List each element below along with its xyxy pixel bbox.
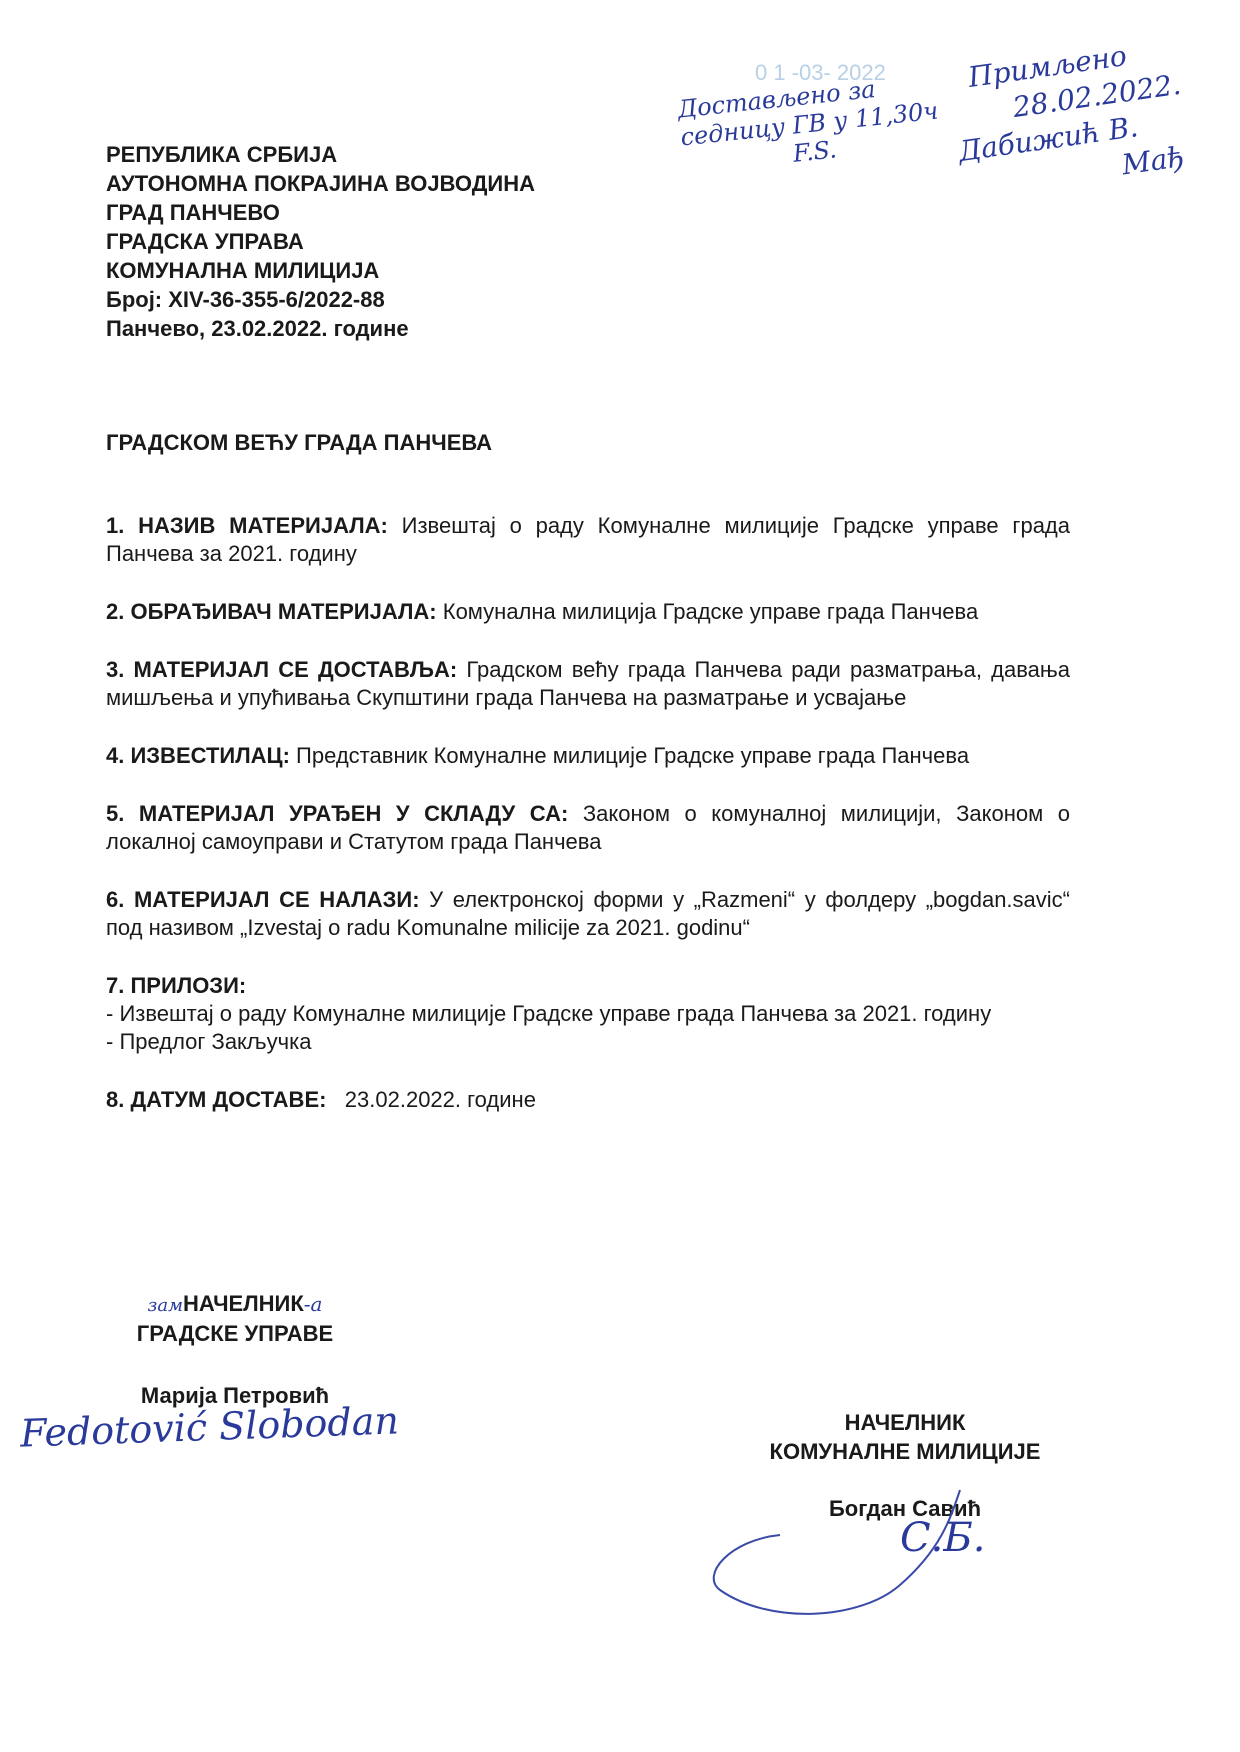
item-legal-basis: 5. МАТЕРИЈАЛ УРАЂЕН У СКЛАДУ СА: Законом… [106,800,1070,856]
header-line-city: ГРАД ПАНЧЕВО [106,198,535,227]
handwritten-note-left: Достављено за седницу ГВ у 11,30ч F.S. [676,69,942,180]
handwritten-signature-left: Fedotović Slobodan [19,1398,399,1455]
header-line-administration: ГРАДСКА УПРАВА [106,227,535,256]
header-line-date: Панчево, 23.02.2022. године [106,314,535,343]
addressee: ГРАДСКОМ ВЕЋУ ГРАДА ПАНЧЕВА [106,430,492,456]
item-reporter: 4. ИЗВЕСТИЛАЦ: Представник Комуналне мил… [106,742,1070,770]
item-location: 6. МАТЕРИЈАЛ СЕ НАЛАЗИ: У електронској ф… [106,886,1070,942]
header-line-province: АУТОНОМНА ПОКРАЈИНА ВОЈВОДИНА [106,169,535,198]
signature-initials: С.Б. [900,1515,985,1561]
item-list: 1. НАЗИВ МАТЕРИЈАЛА: Извештај о раду Ком… [106,512,1070,1144]
attachment-conclusion: - Предлог Закључка [106,1028,1070,1056]
signature-block-city-administration: замНАЧЕЛНИК-а ГРАДСКЕ УПРАВЕ Марија Петр… [115,1290,355,1410]
item-delivery-date: 8. ДАТУМ ДОСТАВЕ: 23.02.2022. године [106,1086,1070,1114]
handwritten-signature-right [700,1480,1040,1630]
item-material-author: 2. ОБРАЂИВАЧ МАТЕРИЈАЛА: Комунална милиц… [106,598,1070,626]
handwritten-suffix: -а [304,1292,323,1316]
header-line-department: КОМУНАЛНА МИЛИЦИЈА [106,256,535,285]
header-line-number: Број: XIV-36-355-6/2022-88 [106,285,535,314]
handwritten-prefix: зам [148,1295,183,1316]
item-attachments: 7. ПРИЛОЗИ: - Извештај о раду Комуналне … [106,972,1070,1056]
handwritten-note-right: Примљено 28.02.2022. Дабижић В. Мађ [966,31,1193,203]
item-material-title: 1. НАЗИВ МАТЕРИЈАЛА: Извештај о раду Ком… [106,512,1070,568]
item-delivered-to: 3. МАТЕРИЈАЛ СЕ ДОСТАВЉА: Градском већу … [106,656,1070,712]
attachment-report: - Извештај о раду Комуналне милиције Гра… [106,1000,1070,1028]
document-header: РЕПУБЛИКА СРБИЈА АУТОНОМНА ПОКРАЈИНА ВОЈ… [106,140,535,343]
header-line-country: РЕПУБЛИКА СРБИЈА [106,140,535,169]
